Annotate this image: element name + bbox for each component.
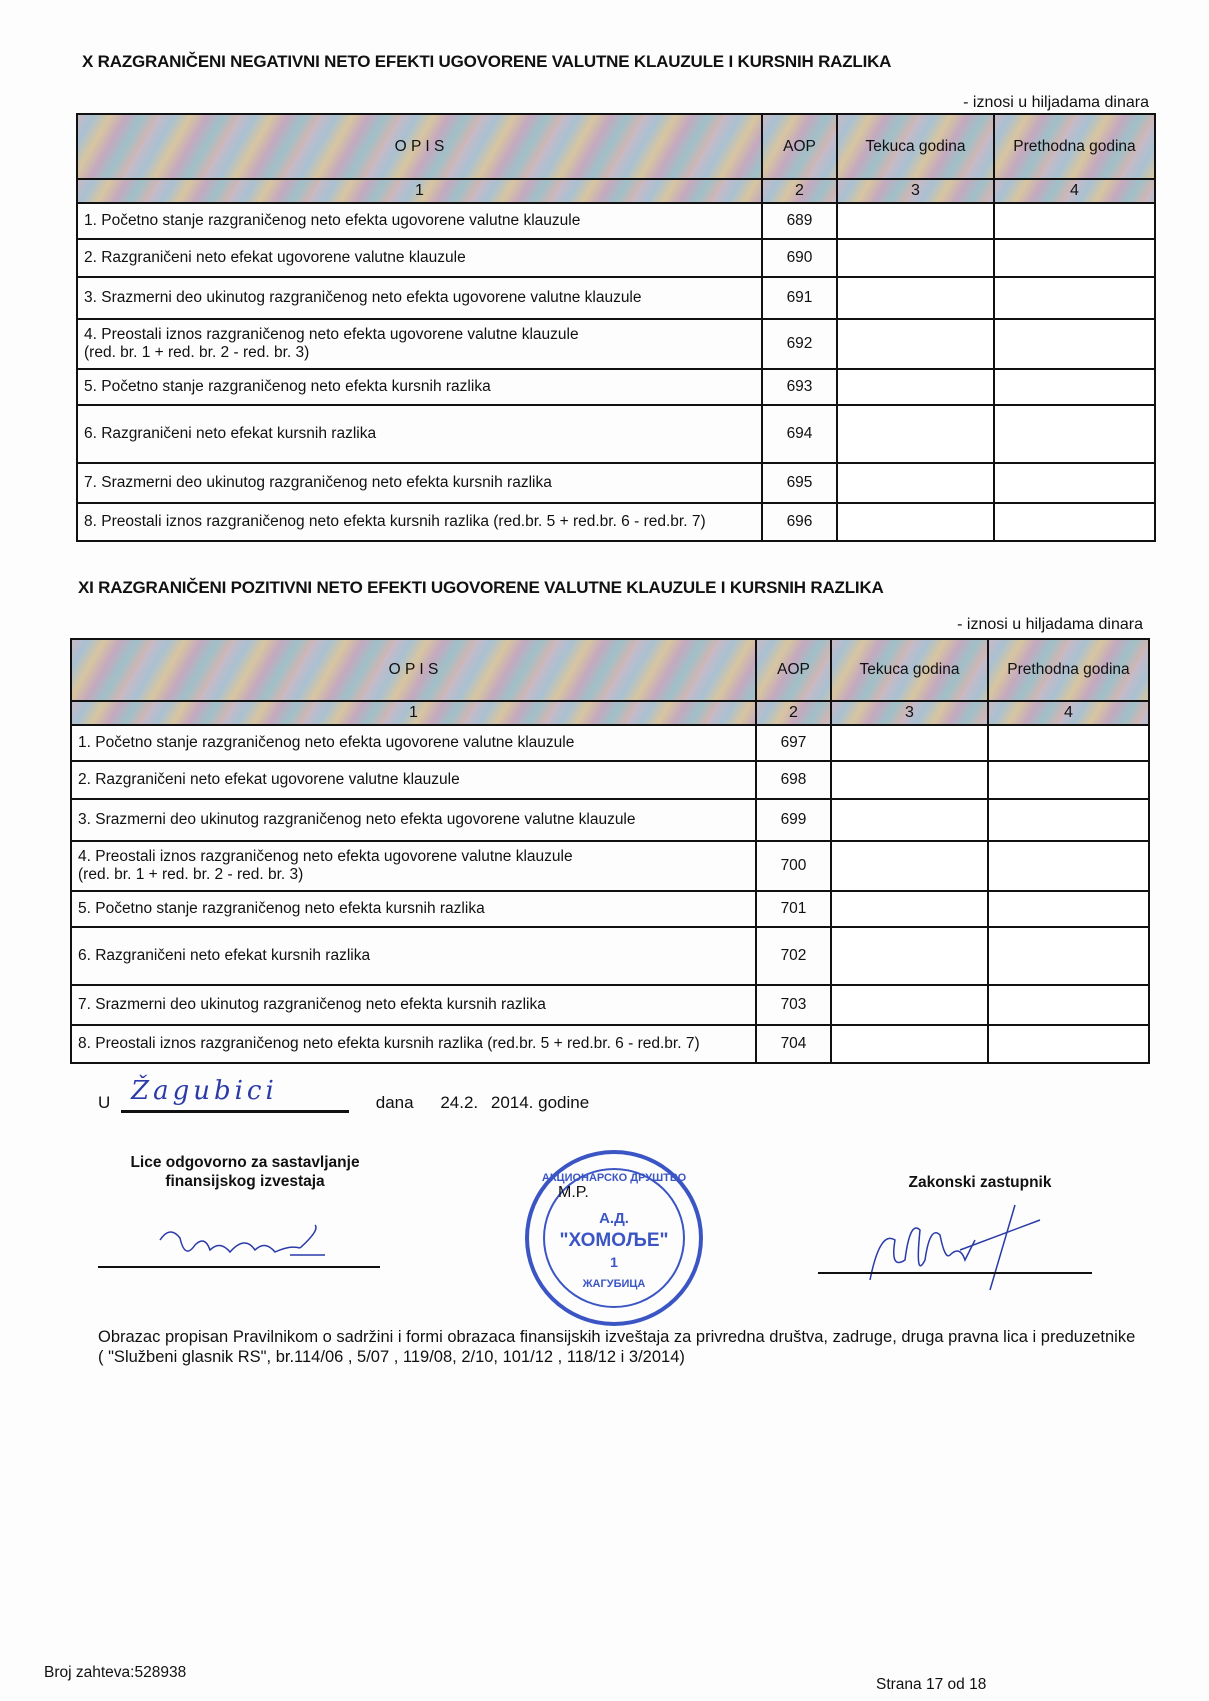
row-description: 7. Srazmerni deo ukinutog razgraničenog … [71,985,756,1025]
row-aop: 692 [762,319,837,369]
table-row: 6. Razgraničeni neto efekat kursnih razl… [71,927,1149,985]
row-description: 1. Početno stanje razgraničenog neto efe… [77,203,762,239]
row-aop: 697 [756,725,831,761]
row-prethodna-godina-field[interactable] [988,891,1149,927]
row-aop: 696 [762,503,837,541]
table-row: 2. Razgraničeni neto efekat ugovorene va… [71,761,1149,799]
table-row: 3. Srazmerni deo ukinutog razgraničenog … [77,277,1155,319]
row-tekuca-godina-field[interactable] [831,927,988,985]
section-xi-title: XI RAZGRANIČENI POZITIVNI NETO EFEKTI UG… [78,578,884,598]
row-tekuca-godina-field[interactable] [837,203,994,239]
col-number-1: 1 [71,701,756,725]
table-row: 7. Srazmerni deo ukinutog razgraničenog … [77,463,1155,503]
date-label: dana [376,1093,414,1112]
col-number-3: 3 [831,701,988,725]
header-prethodna-godina: Prethodna godina [994,114,1155,179]
header-opis: O P I S [71,639,756,701]
place-field[interactable]: Žagubici [121,1090,349,1113]
section-x-table: O P I S AOP Tekuca godina Prethodna godi… [76,113,1156,542]
row-prethodna-godina-field[interactable] [988,841,1149,891]
row-description: 3. Srazmerni deo ukinutog razgraničenog … [77,277,762,319]
row-prethodna-godina-field[interactable] [994,203,1155,239]
row-aop: 701 [756,891,831,927]
row-prethodna-godina-field[interactable] [988,927,1149,985]
stamp-line1: А.Д. [529,1210,699,1227]
stamp-line3: 1 [529,1254,699,1270]
place-handwritten: Žagubici [131,1076,278,1106]
col-number-1: 1 [77,179,762,203]
header-tekuca-godina: Tekuca godina [837,114,994,179]
row-prethodna-godina-field[interactable] [994,463,1155,503]
table-row: 1. Početno stanje razgraničenog neto efe… [71,725,1149,761]
row-description: 2. Razgraničeni neto efekat ugovorene va… [71,761,756,799]
table-row: 5. Početno stanje razgraničenog neto efe… [77,369,1155,405]
table-row: 4. Preostali iznos razgraničenog neto ef… [77,319,1155,369]
row-prethodna-godina-field[interactable] [994,277,1155,319]
header-prethodna-godina: Prethodna godina [988,639,1149,701]
row-aop: 700 [756,841,831,891]
row-description: 5. Početno stanje razgraničenog neto efe… [77,369,762,405]
table-row: 2. Razgraničeni neto efekat ugovorene va… [77,239,1155,277]
table-row: 5. Početno stanje razgraničenog neto efe… [71,891,1149,927]
row-prethodna-godina-field[interactable] [988,1025,1149,1063]
row-prethodna-godina-field[interactable] [994,369,1155,405]
year-value: 2014. godine [491,1093,589,1112]
col-number-4: 4 [988,701,1149,725]
responsible-signature-icon [150,1220,350,1270]
row-description: 8. Preostali iznos razgraničenog neto ef… [71,1025,756,1063]
row-description: 3. Srazmerni deo ukinutog razgraničenog … [71,799,756,841]
row-aop: 695 [762,463,837,503]
row-aop: 698 [756,761,831,799]
row-tekuca-godina-field[interactable] [831,891,988,927]
date-value: 24.2. [440,1093,478,1112]
page-indicator: Strana 17 od 18 [876,1676,986,1694]
stamp-line2: "ХОМОЉЕ" [529,1230,699,1252]
company-stamp: АКЦИОНАРСКО ДРУШТВО А.Д. "ХОМОЉЕ" 1 ЖАГУ… [525,1150,703,1326]
row-tekuca-godina-field[interactable] [837,239,994,277]
legal-representative-signature-line[interactable] [818,1272,1092,1274]
row-description: 5. Početno stanje razgraničenog neto efe… [71,891,756,927]
stamp-top-text: АКЦИОНАРСКО ДРУШТВО [529,1172,699,1184]
header-opis: O P I S [77,114,762,179]
row-tekuca-godina-field[interactable] [831,725,988,761]
table-row: 8. Preostali iznos razgraničenog neto ef… [77,503,1155,541]
row-description: 6. Razgraničeni neto efekat kursnih razl… [77,405,762,463]
row-tekuca-godina-field[interactable] [831,1025,988,1063]
request-number: Broj zahteva:528938 [44,1664,186,1682]
responsible-signature-line[interactable] [98,1266,380,1268]
regulation-footnote: Obrazac propisan Pravilnikom o sadržini … [98,1327,1138,1367]
row-description: 6. Razgraničeni neto efekat kursnih razl… [71,927,756,985]
row-aop: 702 [756,927,831,985]
row-aop: 689 [762,203,837,239]
section-xi-table: O P I S AOP Tekuca godina Prethodna godi… [70,638,1150,1064]
row-tekuca-godina-field[interactable] [831,841,988,891]
table-row: 7. Srazmerni deo ukinutog razgraničenog … [71,985,1149,1025]
row-aop: 690 [762,239,837,277]
row-prethodna-godina-field[interactable] [988,761,1149,799]
row-prethodna-godina-field[interactable] [994,503,1155,541]
row-tekuca-godina-field[interactable] [837,369,994,405]
place-date-row: U Žagubici dana 24.2. 2014. godine [98,1090,589,1113]
row-aop: 699 [756,799,831,841]
section-x-unit-note: - iznosi u hiljadama dinara [963,94,1149,112]
row-prethodna-godina-field[interactable] [988,799,1149,841]
row-tekuca-godina-field[interactable] [837,503,994,541]
row-description: 4. Preostali iznos razgraničenog neto ef… [71,841,756,891]
row-description: 7. Srazmerni deo ukinutog razgraničenog … [77,463,762,503]
row-prethodna-godina-field[interactable] [988,725,1149,761]
row-prethodna-godina-field[interactable] [988,985,1149,1025]
header-tekuca-godina: Tekuca godina [831,639,988,701]
row-tekuca-godina-field[interactable] [831,761,988,799]
header-aop: AOP [756,639,831,701]
row-tekuca-godina-field[interactable] [837,277,994,319]
row-aop: 691 [762,277,837,319]
col-number-2: 2 [756,701,831,725]
row-description: 4. Preostali iznos razgraničenog neto ef… [77,319,762,369]
table-row: 6. Razgraničeni neto efekat kursnih razl… [77,405,1155,463]
row-prethodna-godina-field[interactable] [994,405,1155,463]
table-row: 4. Preostali iznos razgraničenog neto ef… [71,841,1149,891]
place-prefix: U [98,1093,110,1112]
row-description: 8. Preostali iznos razgraničenog neto ef… [77,503,762,541]
row-tekuca-godina-field[interactable] [831,799,988,841]
section-xi-unit-note: - iznosi u hiljadama dinara [957,616,1143,634]
mp-label: M.P. [558,1184,589,1202]
legal-representative-signature-icon [850,1200,1050,1300]
row-tekuca-godina-field[interactable] [837,319,994,369]
row-tekuca-godina-field[interactable] [837,463,994,503]
row-description: 2. Razgraničeni neto efekat ugovorene va… [77,239,762,277]
responsible-person-label: Lice odgovorno za sastavljanje finansijs… [115,1153,375,1191]
row-aop: 703 [756,985,831,1025]
row-aop: 694 [762,405,837,463]
section-x-title: X RAZGRANIČENI NEGATIVNI NETO EFEKTI UGO… [82,52,891,72]
table-row: 8. Preostali iznos razgraničenog neto ef… [71,1025,1149,1063]
table-row: 1. Početno stanje razgraničenog neto efe… [77,203,1155,239]
row-prethodna-godina-field[interactable] [994,239,1155,277]
table-row: 3. Srazmerni deo ukinutog razgraničenog … [71,799,1149,841]
row-aop: 693 [762,369,837,405]
row-tekuca-godina-field[interactable] [831,985,988,1025]
row-aop: 704 [756,1025,831,1063]
stamp-bottom-text: ЖАГУБИЦА [529,1278,699,1290]
col-number-2: 2 [762,179,837,203]
header-aop: AOP [762,114,837,179]
legal-representative-label: Zakonski zastupnik [880,1173,1080,1192]
row-tekuca-godina-field[interactable] [837,405,994,463]
row-prethodna-godina-field[interactable] [994,319,1155,369]
row-description: 1. Početno stanje razgraničenog neto efe… [71,725,756,761]
col-number-3: 3 [837,179,994,203]
col-number-4: 4 [994,179,1155,203]
